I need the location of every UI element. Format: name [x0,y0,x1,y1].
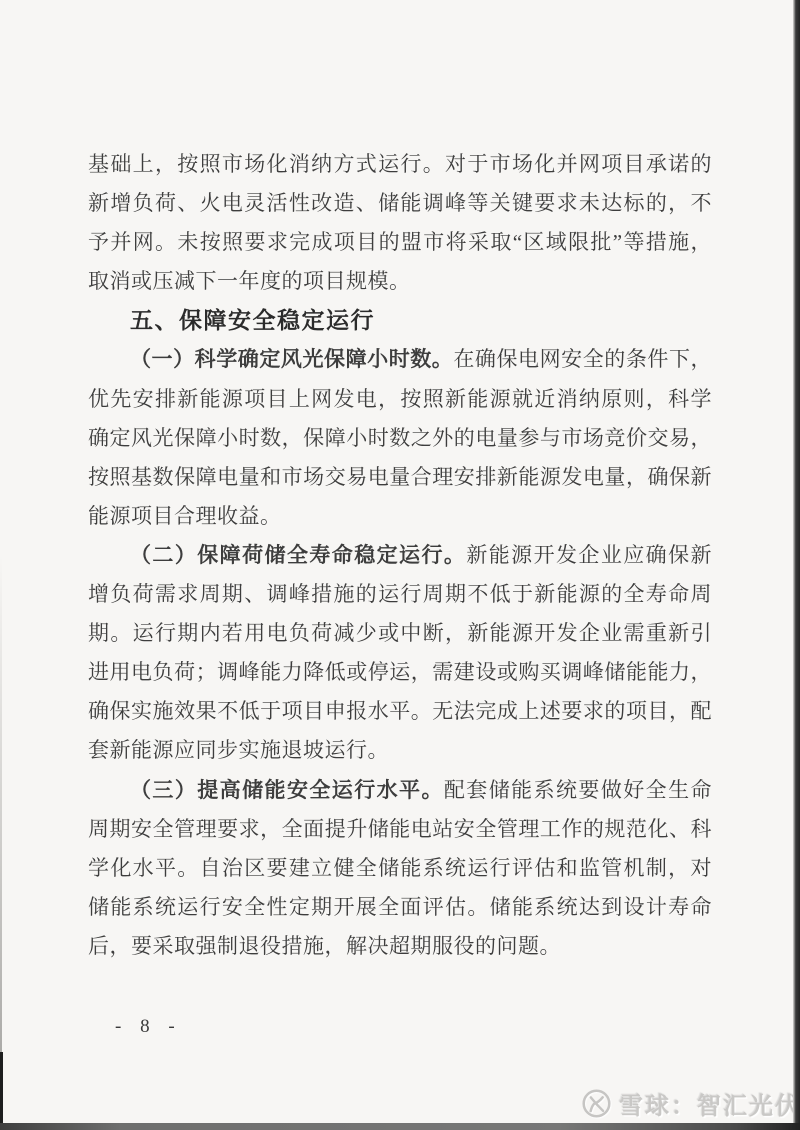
text-line: （三）提高储能安全运行水平。配套储能系统要做好全生命 [88,771,712,810]
text-line: 周期安全管理要求，全面提升储能电站安全管理工作的规范化、科 [88,810,712,849]
text-line: 确定风光保障小时数，保障小时数之外的电量参与市场竞价交易， [88,419,712,458]
text-line: 套新能源应同步实施退坡运行。 [88,731,712,770]
lead-sentence: （二）保障荷储全寿命稳定运行。 [130,543,466,567]
watermark-text: 雪球：智汇光伏 [619,1086,800,1121]
para-continuation: 基础上，按照市场化消纳方式运行。对于市场化并网项目承诺的新增负荷、火电灵活性改造… [88,145,712,301]
watermark: 雪球：智汇光伏 [581,1086,800,1121]
para-item-3: （三）提高储能安全运行水平。配套储能系统要做好全生命周期安全管理要求，全面提升储… [88,771,712,966]
scan-edge-left-dark [0,1052,3,1123]
scan-edge-right [793,0,800,1124]
para-item-1: （一）科学确定风光保障小时数。在确保电网安全的条件下，优先安排新能源项目上网发电… [88,340,712,535]
text-line: 予并网。未按照要求完成项目的盟市将采取“区域限批”等措施， [88,223,712,262]
text-line: 期。运行期内若用电负荷减少或中断，新能源开发企业需重新引 [88,614,712,653]
line-rest: 在确保电网安全的条件下， [453,347,712,371]
text-line: 取消或压减下一年度的项目规模。 [88,262,712,301]
line-rest: 新能源开发企业应确保新 [466,543,712,567]
para-item-2: （二）保障荷储全寿命稳定运行。新能源开发企业应确保新增负荷需求周期、调峰措施的运… [88,536,712,771]
lead-sentence: （一）科学确定风光保障小时数。 [130,347,453,371]
text-line: （二）保障荷储全寿命稳定运行。新能源开发企业应确保新 [88,536,712,575]
text-line: 确保实施效果不低于项目申报水平。无法完成上述要求的项目，配 [88,692,712,731]
document-body: 基础上，按照市场化消纳方式运行。对于市场化并网项目承诺的新增负荷、火电灵活性改造… [88,145,712,966]
text-line: 能源项目合理收益。 [88,497,712,536]
document-page: 基础上，按照市场化消纳方式运行。对于市场化并网项目承诺的新增负荷、火电灵活性改造… [0,0,800,1130]
lead-sentence: （三）提高储能安全运行水平。 [130,778,444,802]
text-line: （一）科学确定风光保障小时数。在确保电网安全的条件下， [88,340,712,379]
heading-line: 五、保障安全稳定运行 [88,301,712,340]
page-number: - 8 - [115,1016,182,1038]
scan-edge-left-faint [0,555,2,1052]
text-line: 后，要采取强制退役措施，解决超期服役的问题。 [88,927,712,966]
scan-edge-bottom [0,1123,800,1130]
text-line: 学化水平。自治区要建立健全储能系统运行评估和监管机制，对 [88,849,712,888]
line-rest: 配套储能系统要做好全生命 [444,778,712,802]
text-line: 储能系统运行安全性定期开展全面评估。储能系统达到设计寿命 [88,888,712,927]
text-line: 按照基数保障电量和市场交易电量合理安排新能源发电量，确保新 [88,458,712,497]
text-line: 优先安排新能源项目上网发电，按照新能源就近消纳原则，科学 [88,380,712,419]
text-line: 基础上，按照市场化消纳方式运行。对于市场化并网项目承诺的 [88,145,712,184]
xueqiu-logo-icon [581,1088,612,1119]
text-line: 新增负荷、火电灵活性改造、储能调峰等关键要求未达标的，不 [88,184,712,223]
text-line: 进用电负荷；调峰能力降低或停运，需建设或购买调峰储能能力， [88,653,712,692]
section-heading-5: 五、保障安全稳定运行 [88,301,712,340]
text-line: 增负荷需求周期、调峰措施的运行周期不低于新能源的全寿命周 [88,575,712,614]
